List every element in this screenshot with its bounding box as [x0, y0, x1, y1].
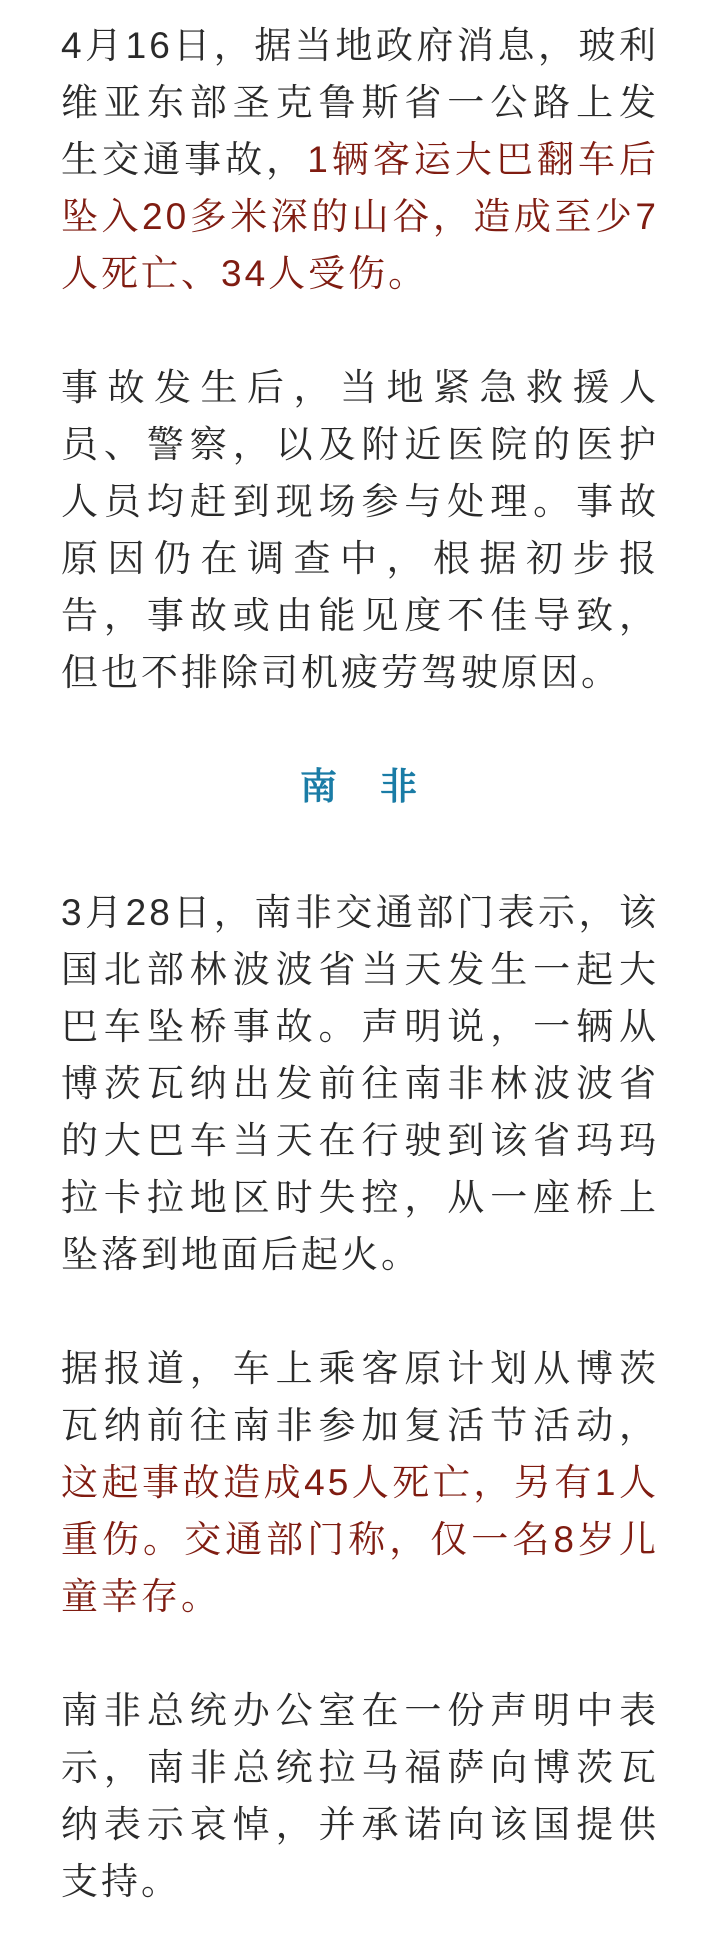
- body-text: 事故发生后，当地紧急救援人员、警察，以及附近医院的医护人员均赶到现场参与处理。事…: [61, 367, 659, 693]
- article-page: 4月16日，据当地政府消息，玻利维亚东部圣克鲁斯省一公路上发生交通事故，1辆客运…: [0, 0, 720, 1943]
- body-text: 南非总统办公室在一份声明中表示，南非总统拉马福萨向博茨瓦纳表示哀悼，并承诺向该国…: [61, 1690, 659, 1902]
- paragraph-south-africa-accident: 3月28日，南非交通部门表示，该国北部林波波省当天发生一起大巴车坠桥事故。声明说…: [61, 884, 659, 1283]
- paragraph-bolivia-accident: 4月16日，据当地政府消息，玻利维亚东部圣克鲁斯省一公路上发生交通事故，1辆客运…: [61, 17, 659, 302]
- paragraph-casualties: 据报道，车上乘客原计划从博茨瓦纳前往南非参加复活节活动，这起事故造成45人死亡，…: [61, 1340, 659, 1625]
- highlighted-text: 这起事故造成45人死亡，另有1人重伤。交通部门称，仅一名8岁儿童幸存。: [61, 1462, 659, 1617]
- body-text: 3月28日，南非交通部门表示，该国北部林波波省当天发生一起大巴车坠桥事故。声明说…: [61, 892, 659, 1275]
- paragraph-president-statement: 南非总统办公室在一份声明中表示，南非总统拉马福萨向博茨瓦纳表示哀悼，并承诺向该国…: [61, 1682, 659, 1910]
- section-heading-south-africa: 南 非: [61, 758, 659, 815]
- body-text: 据报道，车上乘客原计划从博茨瓦纳前往南非参加复活节活动，: [61, 1348, 659, 1446]
- paragraph-rescue-response: 事故发生后，当地紧急救援人员、警察，以及附近医院的医护人员均赶到现场参与处理。事…: [61, 359, 659, 701]
